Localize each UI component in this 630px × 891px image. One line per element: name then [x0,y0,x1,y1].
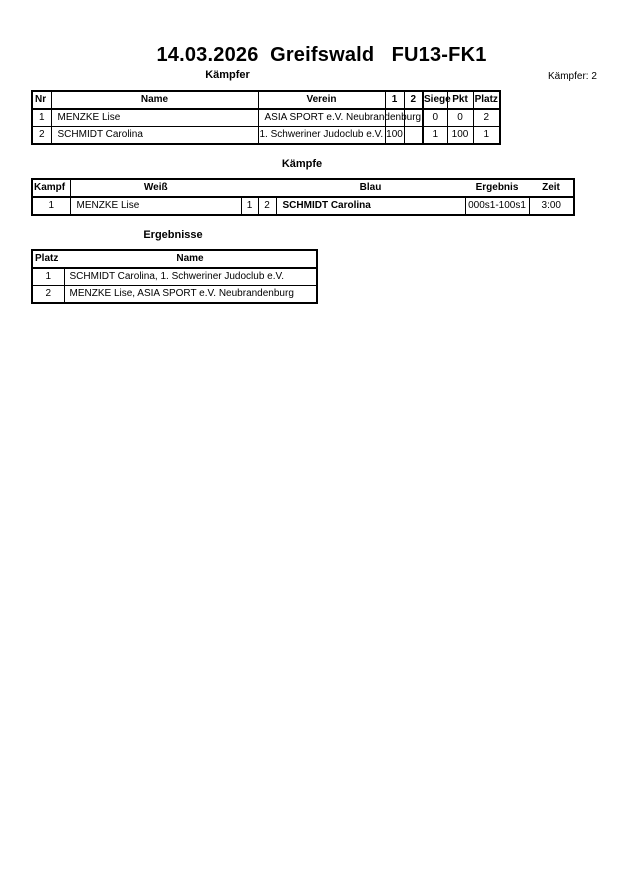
col-siege: Siege [423,91,447,109]
fighter-name: MENZKE Lise [51,109,258,127]
fighters-heading: Kämpfer [190,69,265,81]
fight-number: 1 [32,197,70,215]
fighter-verein: ASIA SPORT e.V. Neubrandenburg [258,109,385,127]
fight-blue-nr: 2 [258,197,276,215]
fight-time: 3:00 [529,197,574,215]
table-row: 2 SCHMIDT Carolina 1. Schweriner Judoclu… [32,127,500,145]
col-kampf: Kampf [32,179,70,197]
col-nr: Nr [32,91,51,109]
fight-white-nr: 1 [241,197,258,215]
fight-blue-name: SCHMIDT Carolina [276,197,465,215]
col-weiss-nr [241,179,258,197]
fighters-table: Nr Name Verein 1 2 Siege Pkt Platz 1 MEN… [31,90,501,145]
table-row: 1 SCHMIDT Carolina, 1. Schweriner Judocl… [32,268,317,286]
col-zeit: Zeit [529,179,574,197]
col-round-1: 1 [385,91,404,109]
col-platz: Platz [473,91,500,109]
result-platz: 2 [32,286,64,304]
fighters-count: Kämpfer: 2 [548,71,597,82]
page-title: 14.03.2026 Greifswald FU13-FK1 [0,44,630,67]
fighter-siege: 0 [423,109,447,127]
result-name: SCHMIDT Carolina, 1. Schweriner Judoclub… [64,268,317,286]
col-blau: Blau [276,179,465,197]
col-platz: Platz [32,250,64,268]
fighter-platz: 1 [473,127,500,145]
fights-table: Kampf Weiß Blau Ergebnis Zeit 1 MENZKE L… [31,178,575,216]
fights-header-row: Kampf Weiß Blau Ergebnis Zeit [32,179,574,197]
results-header-row: Platz Name [32,250,317,268]
results-table: Platz Name 1 SCHMIDT Carolina, 1. Schwer… [31,249,318,304]
fighters-header-row: Nr Name Verein 1 2 Siege Pkt Platz [32,91,500,109]
fighter-verein: 1. Schweriner Judoclub e.V. [258,127,385,145]
fights-heading: Kämpfe [262,158,342,170]
col-weiss: Weiß [70,179,241,197]
fighter-pkt: 100 [447,127,473,145]
col-verein: Verein [258,91,385,109]
fight-result: 000s1-100s1 [465,197,529,215]
fighter-nr: 2 [32,127,51,145]
fight-white-name: MENZKE Lise [70,197,241,215]
col-result-name: Name [64,250,317,268]
fighter-platz: 2 [473,109,500,127]
col-round-2: 2 [404,91,423,109]
col-ergebnis: Ergebnis [465,179,529,197]
fighter-nr: 1 [32,109,51,127]
results-heading: Ergebnisse [130,229,216,241]
col-name: Name [51,91,258,109]
fighter-name: SCHMIDT Carolina [51,127,258,145]
table-row: 1 MENZKE Lise ASIA SPORT e.V. Neubranden… [32,109,500,127]
fighter-round-2 [404,127,423,145]
fighter-siege: 1 [423,127,447,145]
fighter-pkt: 0 [447,109,473,127]
col-blau-nr [258,179,276,197]
result-platz: 1 [32,268,64,286]
table-row: 1 MENZKE Lise 1 2 SCHMIDT Carolina 000s1… [32,197,574,215]
result-name: MENZKE Lise, ASIA SPORT e.V. Neubrandenb… [64,286,317,304]
table-row: 2 MENZKE Lise, ASIA SPORT e.V. Neubrande… [32,286,317,304]
fighter-round-1: 100 [385,127,404,145]
